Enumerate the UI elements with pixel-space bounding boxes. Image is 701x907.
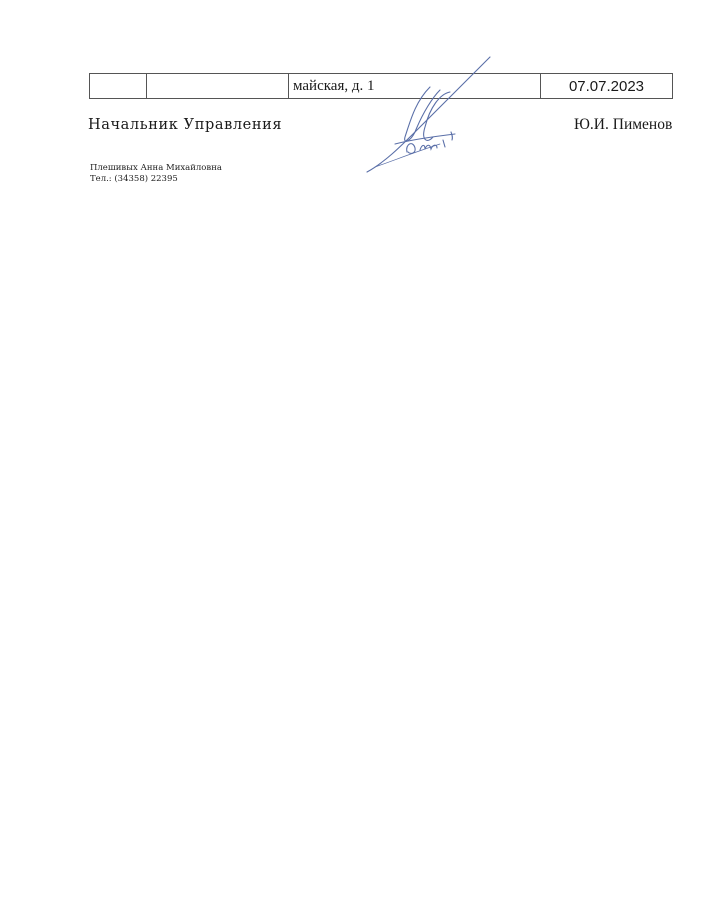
handwritten-signature-icon: [355, 52, 505, 177]
signer-name: Ю.И. Пименов: [574, 116, 672, 134]
table-cell-empty: [147, 74, 289, 98]
executor-phone: Тел.: (34358) 22395: [90, 174, 222, 185]
table-cell-number: [90, 74, 147, 98]
position-title: Начальник Управления: [88, 117, 282, 133]
executor-name: Плешивых Анна Михайловна: [90, 163, 222, 174]
executor-info: Плешивых Анна Михайловна Тел.: (34358) 2…: [90, 163, 222, 185]
table-cell-date: 07.07.2023: [541, 74, 672, 98]
